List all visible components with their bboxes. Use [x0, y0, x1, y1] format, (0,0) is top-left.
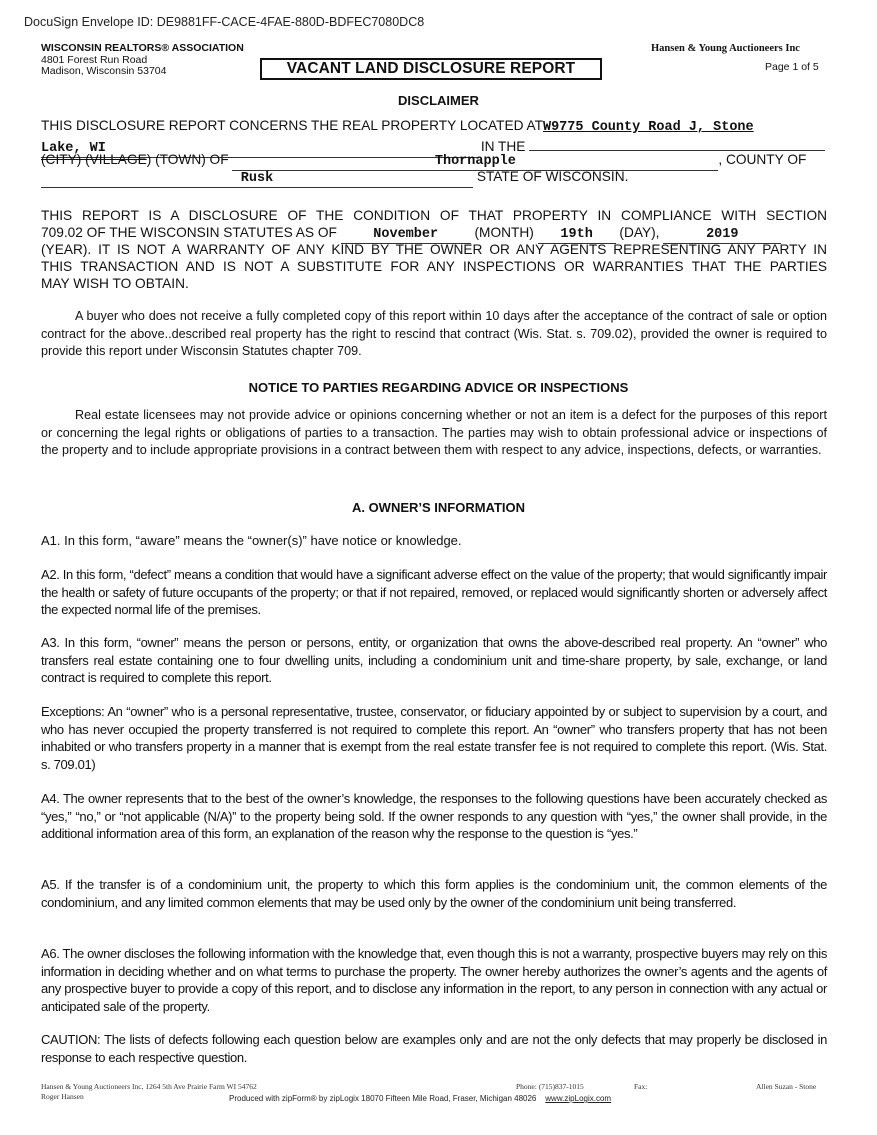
footer-broker-address: Hansen & Young Auctioneers Inc, 1264 5th… — [41, 1082, 257, 1091]
footer-agent: Roger Hansen — [41, 1092, 84, 1101]
ziplogix-link[interactable]: www.zipLogix.com — [545, 1094, 611, 1103]
compliance-line3: (YEAR). IT IS NOT A WARRANTY OF ANY KIND… — [41, 241, 827, 258]
footer-produced-by: Produced with zipForm® by zipLogix 18070… — [229, 1094, 611, 1103]
county-of-label: , COUNTY OF — [718, 152, 806, 167]
location-prefix: THIS DISCLOSURE REPORT CONCERNS THE REAL… — [41, 118, 543, 133]
property-location-line4: Rusk STATE OF WISCONSIN. — [41, 168, 831, 188]
form-title: VACANT LAND DISCLOSURE REPORT — [260, 58, 602, 80]
compliance-line4: THIS TRANSACTION AND IS NOT A SUBSTITUTE… — [41, 258, 827, 275]
notice-heading: NOTICE TO PARTIES REGARDING ADVICE OR IN… — [0, 380, 877, 395]
city-village-struck: (CITY) (VILLAGE — [41, 152, 147, 167]
in-the-field[interactable] — [529, 134, 825, 151]
town-of-label: ) (TOWN) OF — [147, 152, 229, 167]
association-block: WISCONSIN REALTORS® ASSOCIATION 4801 For… — [41, 43, 244, 78]
day-label: (DAY), — [619, 225, 659, 240]
a5-paragraph: A5. If the transfer is of a condominium … — [41, 876, 827, 911]
caution-paragraph: CAUTION: The lists of defects following … — [41, 1031, 827, 1066]
month-label: (MONTH) — [475, 225, 534, 240]
compliance-line5: MAY WISH TO OBTAIN. — [41, 275, 827, 292]
exceptions-paragraph: Exceptions: An “owner” who is a personal… — [41, 703, 827, 773]
footer-phone: Phone: (715)837-1015 — [516, 1082, 584, 1091]
a1-paragraph: A1. In this form, “aware” means the “own… — [41, 532, 827, 550]
a2-paragraph: A2. In this form, “defect” means a condi… — [41, 566, 827, 619]
disclaimer-heading: DISCLAIMER — [0, 93, 877, 108]
envelope-id: DocuSign Envelope ID: DE9881FF-CACE-4FAE… — [24, 15, 424, 29]
property-address-field[interactable]: W9775 County Road J, Stone — [543, 120, 754, 135]
a4-paragraph: A4. The owner represents that to the bes… — [41, 790, 827, 843]
state-label: STATE OF WISCONSIN. — [477, 169, 629, 184]
buyer-rescind-paragraph: A buyer who does not receive a fully com… — [41, 308, 827, 361]
produced-with-text: Produced with zipForm® by zipLogix 18070… — [229, 1094, 536, 1103]
owners-info-heading: A. OWNER’S INFORMATION — [0, 500, 877, 515]
page-number: Page 1 of 5 — [765, 61, 819, 73]
association-address-line2: Madison, Wisconsin 53704 — [41, 66, 244, 78]
broker-name: Hansen & Young Auctioneers Inc — [651, 43, 800, 54]
as-of-label: 709.02 OF THE WISCONSIN STATUTES AS OF — [41, 225, 337, 240]
compliance-line1: THIS REPORT IS A DISCLOSURE OF THE CONDI… — [41, 207, 827, 224]
association-name: WISCONSIN REALTORS® ASSOCIATION — [41, 43, 244, 55]
notice-paragraph: Real estate licensees may not provide ad… — [41, 407, 827, 460]
a3-paragraph: A3. In this form, “owner” means the pers… — [41, 634, 827, 687]
a6-paragraph: A6. The owner discloses the following in… — [41, 945, 827, 1015]
footer-file-name: Allen Suzan - Stone — [756, 1082, 816, 1091]
footer-fax: Fax: — [634, 1082, 647, 1091]
county-field[interactable]: Rusk — [41, 171, 473, 188]
